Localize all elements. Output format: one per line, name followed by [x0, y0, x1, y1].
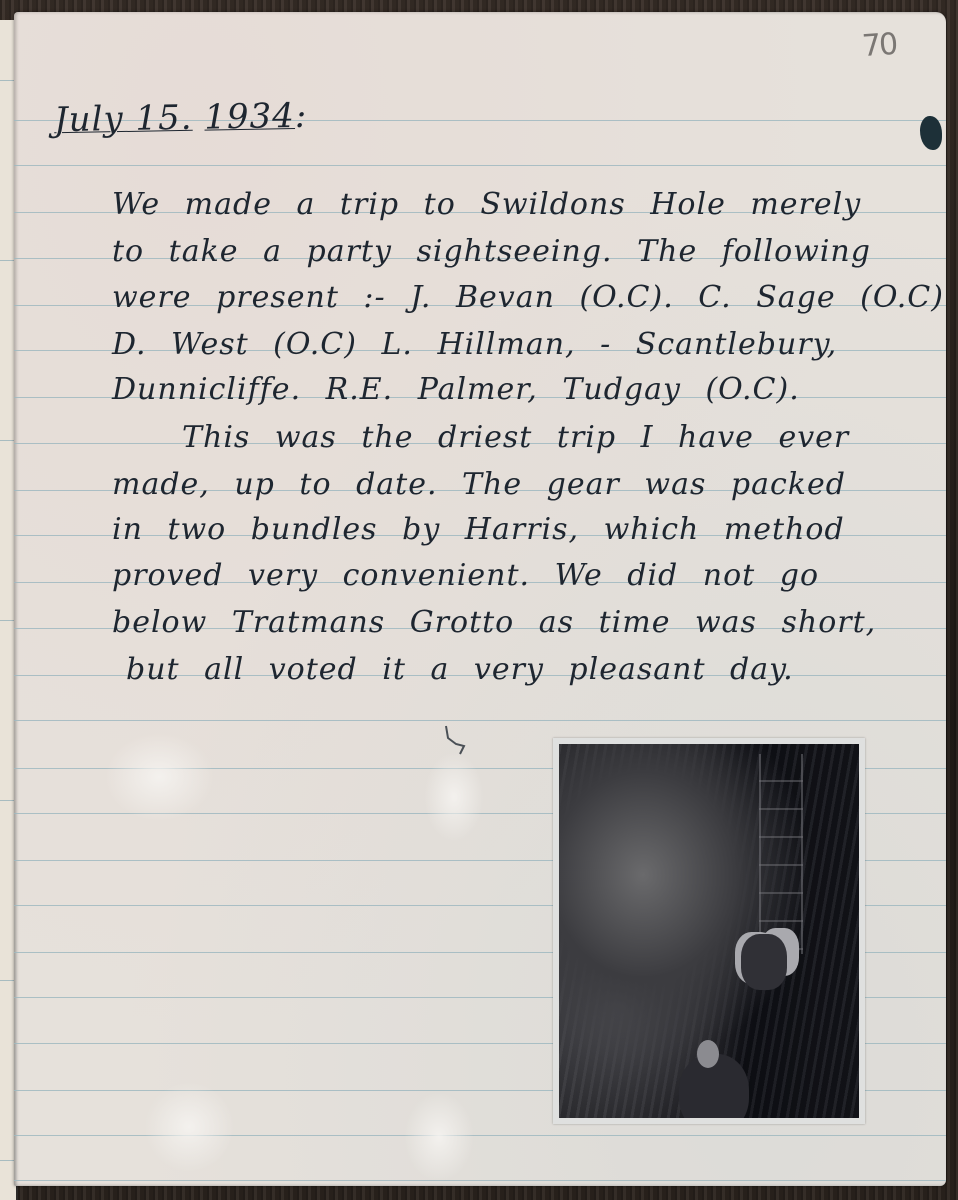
photo-image [559, 744, 859, 1118]
text-line-8: in two bundles by Harris, which method [112, 512, 845, 547]
glue-mark [104, 732, 214, 822]
text-line-10: below Tratmans Grotto as time was short, [112, 605, 876, 640]
rule-line [0, 800, 14, 801]
rule-line [0, 980, 14, 981]
rule-line [0, 80, 14, 81]
photo-person-face [697, 1040, 719, 1068]
text-line-7: made, up to date. The gear was packed [112, 467, 846, 502]
rule-line [14, 720, 946, 721]
rule-line [14, 1180, 946, 1181]
text-line-11: but all voted it a very pleasant day. [126, 652, 794, 687]
ink-blot [920, 116, 942, 150]
text-line-5: Dunnicliffe. R.E. Palmer, Tudgay (O.C). [112, 372, 800, 407]
rule-line [0, 440, 14, 441]
text-line-1: We made a trip to Swildons Hole merely [112, 187, 861, 222]
page-number: 70 [861, 27, 898, 64]
text-line-9: proved very convenient. We did not go [112, 558, 819, 593]
rule-line [0, 620, 14, 621]
glue-mark [404, 1092, 474, 1182]
text-line-4: D. West (O.C) L. Hillman, - Scantlebury, [112, 327, 837, 362]
date-year: 1934 [204, 96, 295, 138]
cave-photograph [553, 738, 865, 1124]
paper-tear-mark [442, 724, 472, 764]
glue-mark [424, 752, 484, 842]
photo-ladder [759, 754, 803, 954]
text-line-3: were present :- J. Bevan (O.C). C. Sage … [112, 280, 944, 315]
date-colon: : [294, 96, 307, 136]
text-line-6: This was the driest trip I have ever [182, 420, 849, 455]
date-heading: July 15. 1934: [54, 96, 308, 140]
text-line-2: to take a party sightseeing. The followi… [112, 234, 871, 269]
rule-line [0, 1160, 14, 1161]
rule-line [14, 165, 946, 166]
date-month-day: July 15. [54, 98, 193, 140]
photo-climber-figure [741, 934, 787, 990]
glue-mark [144, 1082, 234, 1172]
rule-line [0, 260, 14, 261]
logbook-page: 70 July 15. 1934: We made a trip to Swil… [14, 12, 946, 1186]
